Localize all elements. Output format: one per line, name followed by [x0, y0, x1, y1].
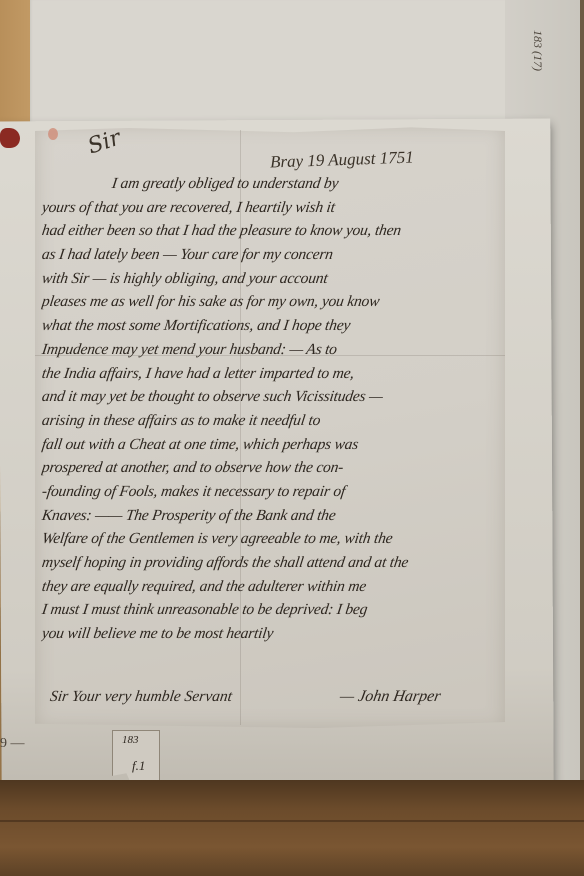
body-line: Welfare of the Gentlemen is very agreeab… — [40, 527, 503, 551]
body-line: Impudence may yet mend your husband: — A… — [40, 338, 503, 362]
table-grain-line — [0, 820, 584, 822]
body-line: they are equally required, and the adult… — [40, 575, 503, 599]
body-line: prospered at another, and to observe how… — [40, 456, 503, 480]
archive-reference: 183 (17) — [530, 30, 545, 71]
letter-body: I am greatly obliged to understand by yo… — [42, 172, 502, 646]
body-line: as I had lately been — Your care for my … — [40, 243, 503, 267]
body-line: with Sir — is highly obliging, and your … — [40, 267, 503, 291]
body-line: you will believe me to be most heartily — [40, 622, 503, 646]
margin-mark: 9 — — [0, 736, 25, 752]
body-line: I must I must think unreasonable to be d… — [40, 598, 503, 622]
body-line: yours of that you are recovered, I heart… — [40, 196, 503, 220]
body-line: pleases me as well for his sake as for m… — [40, 290, 503, 314]
letter-signature: — John Harper — [338, 688, 442, 706]
body-line: -founding of Fools, makes it necessary t… — [40, 480, 503, 504]
body-line: and it may yet be thought to observe suc… — [40, 385, 503, 409]
body-line: fall out with a Cheat at one time, which… — [40, 433, 503, 457]
body-line: Knaves: —— The Prosperity of the Bank an… — [40, 504, 503, 528]
folio-number: 183 — [122, 734, 139, 746]
body-line: had either been so that I had the pleasu… — [40, 219, 503, 243]
body-line: I am greatly obliged to understand by — [40, 172, 503, 196]
wax-seal-fragment — [0, 128, 20, 148]
wooden-table — [0, 780, 584, 876]
background-sheet — [30, 0, 584, 135]
letter-closing: Sir Your very humble Servant — [49, 688, 233, 706]
body-line: myself hoping in providing affords the s… — [40, 551, 503, 575]
folio-mark: f.1 — [132, 758, 145, 774]
body-line: what the most some Mortifications, and I… — [40, 314, 503, 338]
body-line: the India affairs, I have had a letter i… — [40, 362, 503, 386]
body-line: arising in these affairs as to make it n… — [40, 409, 503, 433]
wax-stain — [48, 128, 58, 140]
